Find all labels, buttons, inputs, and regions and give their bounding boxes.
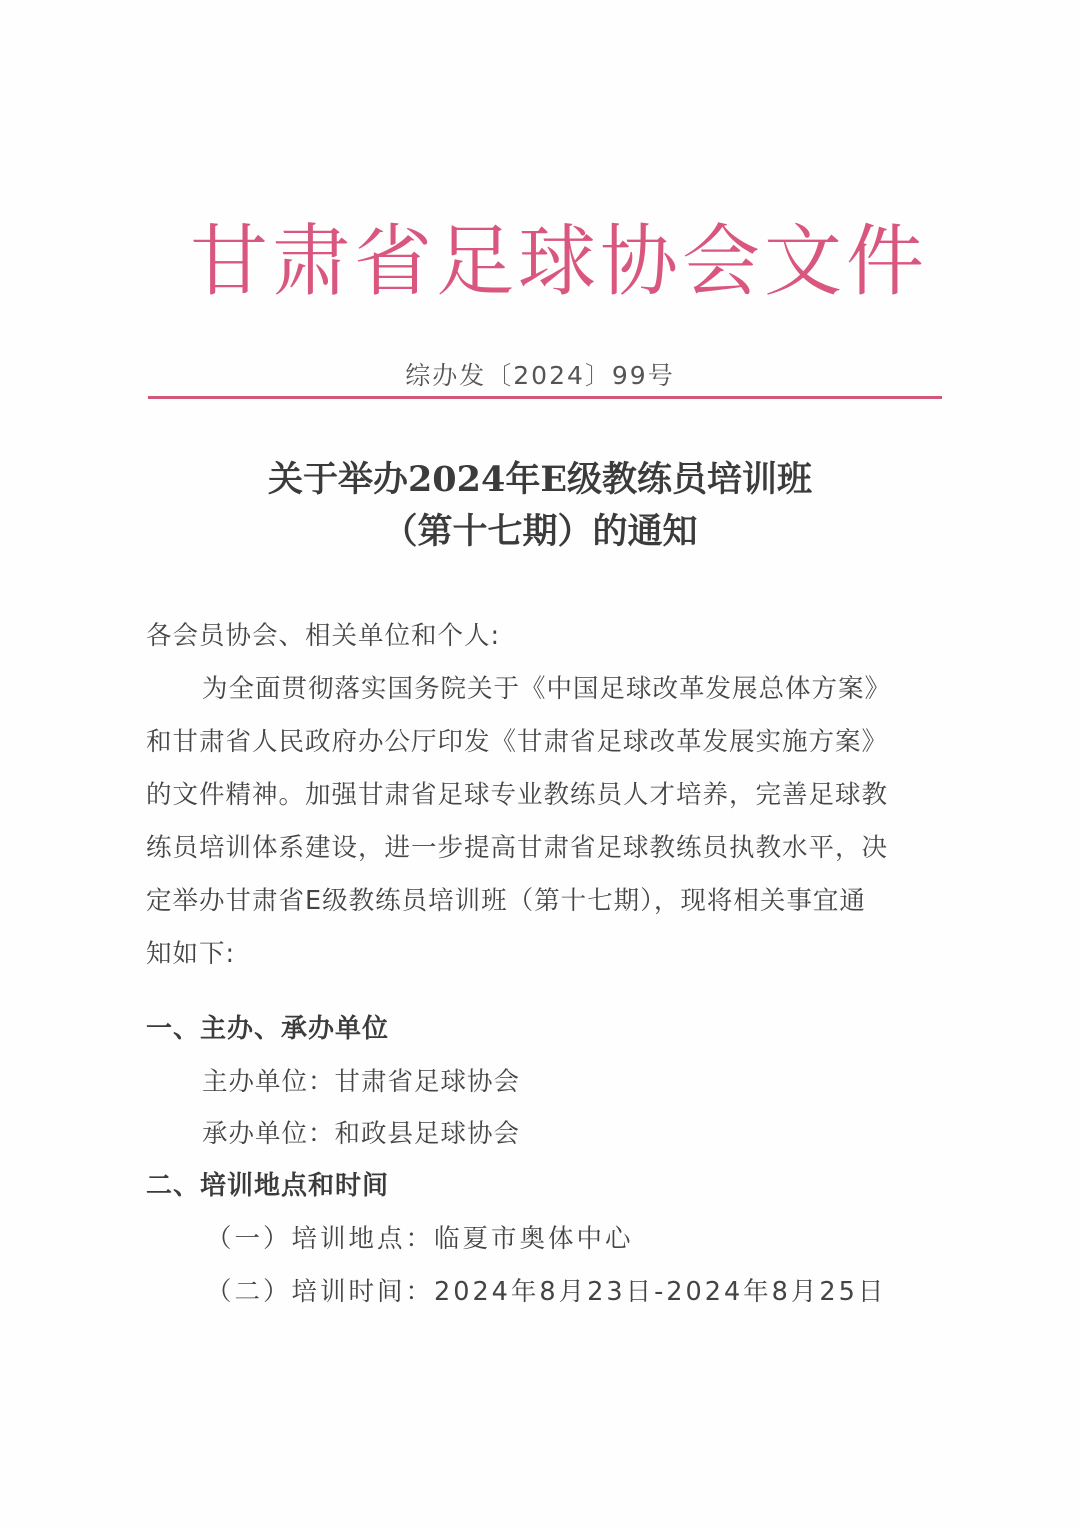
salutation: 各会员协会、相关单位和个人: — [146, 610, 946, 663]
training-time: （二）培训时间：2024年8月23日-2024年8月25日 — [206, 1266, 886, 1319]
paragraph-line: 和甘肃省人民政府办公厅印发《甘肃省足球改革发展实施方案》 — [146, 716, 946, 769]
section-heading-organizers: 一、主办、承办单位 — [146, 1003, 389, 1056]
host-organizer: 主办单位：甘肃省足球协会 — [202, 1056, 520, 1109]
section-heading-location-time: 二、培训地点和时间 — [146, 1160, 389, 1213]
issuer-header-title: 甘肃省足球协会文件 — [190, 212, 910, 312]
paragraph-line: 的文件精神。加强甘肃省足球专业教练员人才培养，完善足球教 — [146, 769, 946, 822]
document-number: 综办发〔2024〕99号 — [0, 356, 1080, 396]
co-organizer: 承办单位：和政县足球协会 — [202, 1108, 520, 1161]
paragraph-line: 为全面贯彻落实国务院关于《中国足球改革发展总体方案》 — [146, 663, 946, 716]
document-page: 甘肃省足球协会文件 综办发〔2024〕99号 关于举办2024年E级教练员培训班… — [0, 0, 1080, 1527]
intro-paragraph: 为全面贯彻落实国务院关于《中国足球改革发展总体方案》 和甘肃省人民政府办公厅印发… — [146, 663, 946, 981]
paragraph-line: 知如下: — [146, 928, 946, 981]
paragraph-line: 定举办甘肃省E级教练员培训班（第十七期），现将相关事宜通 — [146, 875, 946, 928]
notice-title-line-1: 关于举办2024年E级教练员培训班 — [0, 451, 1080, 509]
training-location: （一）培训地点：临夏市奥体中心 — [206, 1213, 634, 1266]
notice-title-line-2: （第十七期）的通知 — [0, 503, 1080, 561]
red-divider-line — [148, 396, 942, 399]
paragraph-line: 练员培训体系建设，进一步提高甘肃省足球教练员执教水平，决 — [146, 822, 946, 875]
